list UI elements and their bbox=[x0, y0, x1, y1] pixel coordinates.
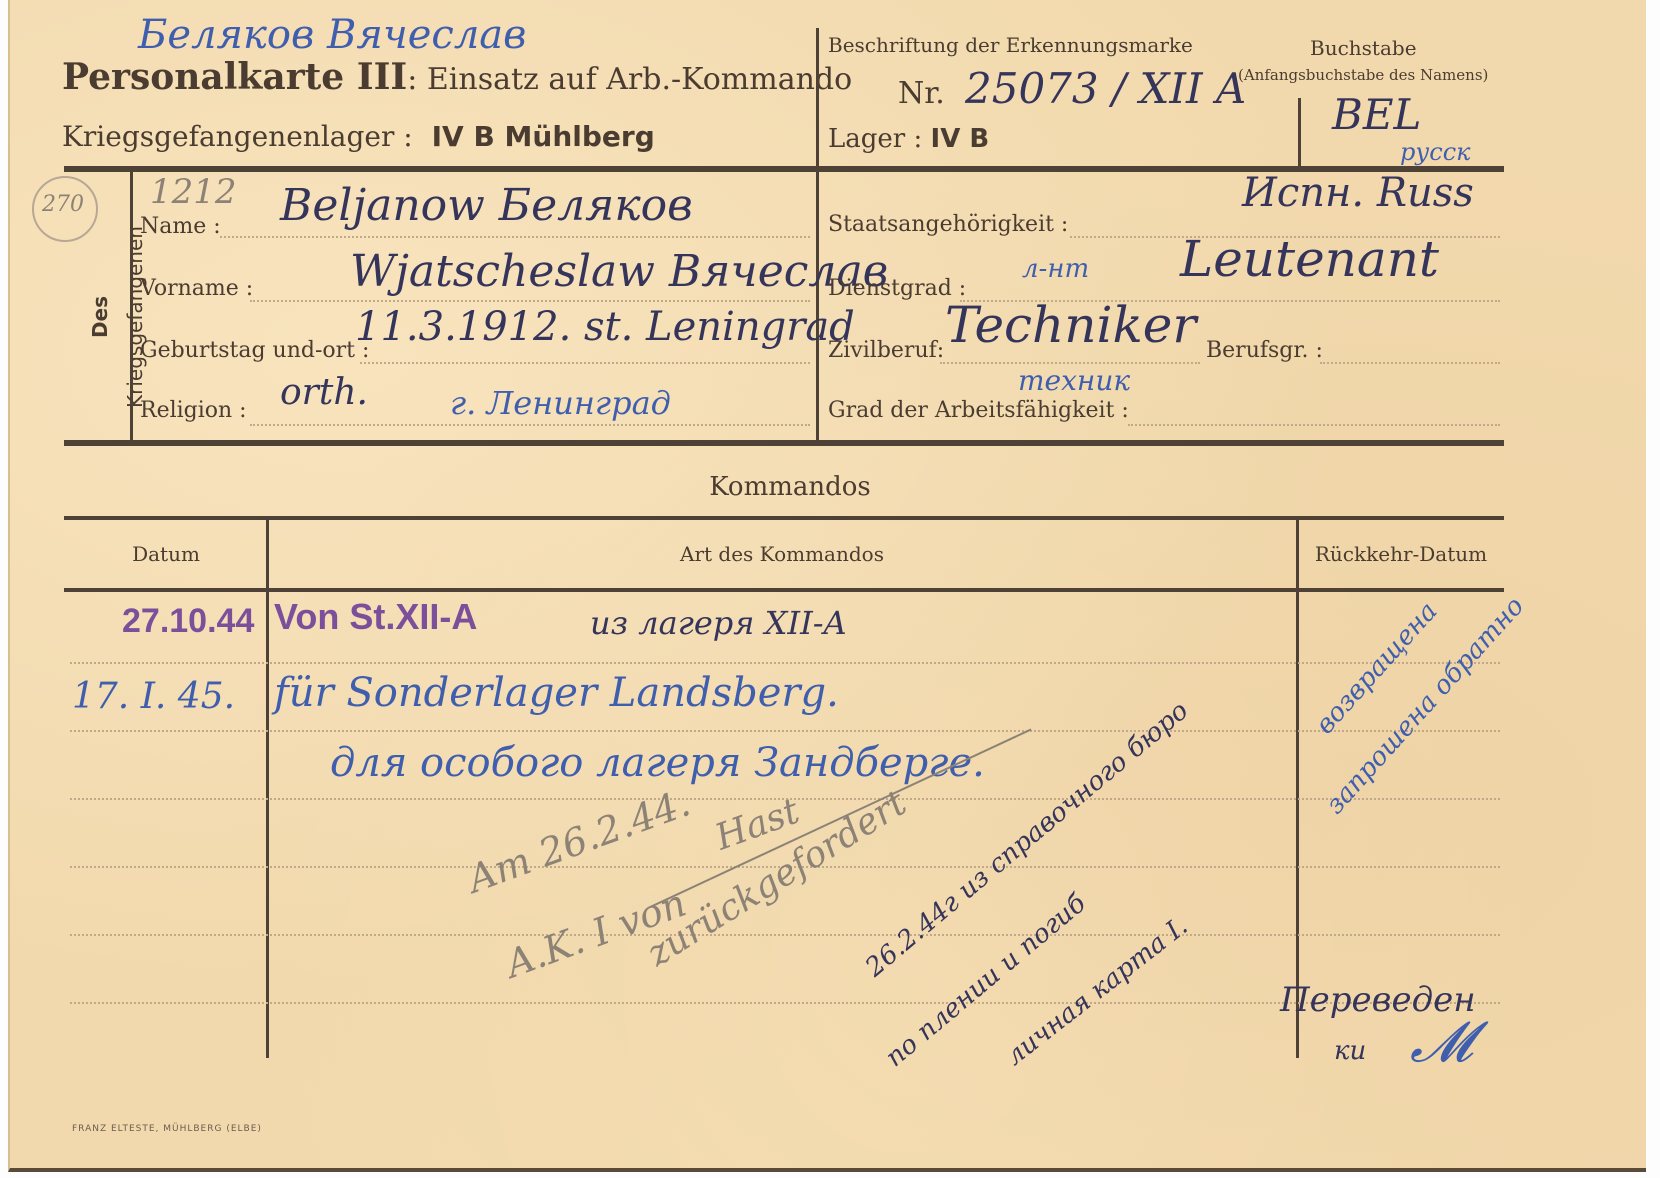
birth-line bbox=[360, 362, 810, 364]
name-value: Beljanow Беляков bbox=[280, 180, 693, 231]
vorname-label: Vorname : bbox=[140, 276, 253, 301]
row2-note: для особого лагеря Зандберге. bbox=[330, 740, 985, 786]
col-divider-1 bbox=[266, 518, 269, 1058]
letter-value: BEL bbox=[1332, 90, 1421, 139]
signature-scribble: 𝓜 bbox=[1410, 1010, 1473, 1076]
col-divider-2 bbox=[1296, 518, 1299, 1058]
letter-value-note: русск bbox=[1400, 138, 1471, 166]
personnel-card: Беляков Вячеслав Personalkarte III: Eins… bbox=[8, 0, 1646, 1172]
name-label: Name : bbox=[140, 214, 221, 239]
printer-imprint: FRANZ ELTESTE, MÜHLBERG (ELBE) bbox=[72, 1124, 262, 1134]
row-line bbox=[70, 934, 1500, 936]
camp-value: IV B Mühlberg bbox=[432, 120, 655, 153]
side-label-des: Des bbox=[88, 217, 112, 417]
row1-date-stamp: 27.10.44 bbox=[122, 602, 254, 641]
signature-2: ки bbox=[1334, 1036, 1366, 1066]
col-header-art: Art des Kommandos bbox=[268, 542, 1296, 566]
religion-value: orth. bbox=[280, 372, 368, 413]
pencil-number: 1212 bbox=[150, 172, 237, 212]
col-header-rueckkehr: Rückkehr-Datum bbox=[1298, 542, 1504, 566]
profession-value: Techniker bbox=[945, 296, 1196, 354]
vorname-line bbox=[250, 300, 810, 302]
fitness-label: Grad der Arbeitsfähigkeit : bbox=[828, 398, 1129, 423]
fitness-line bbox=[1128, 424, 1500, 426]
row1-note: из лагеря XII-A bbox=[590, 604, 847, 642]
row2-date: 17. I. 45. bbox=[72, 676, 235, 717]
col-header-datum: Datum bbox=[66, 542, 266, 566]
side-divider bbox=[130, 172, 133, 442]
profession-group-line bbox=[1320, 362, 1500, 364]
lager-label: Lager : bbox=[828, 124, 922, 154]
tag-nr-value: 25073 / XII A bbox=[965, 64, 1246, 113]
letter-subheading: (Anfangsbuchstabe des Namens) bbox=[1238, 66, 1488, 84]
row-line bbox=[70, 730, 1500, 732]
letter-heading: Buchstabe bbox=[1310, 36, 1417, 60]
letter-divider bbox=[1298, 98, 1301, 166]
lager-line: Lager : IV B bbox=[828, 124, 989, 154]
row1-entry-stamp: Von St.XII-A bbox=[274, 596, 477, 638]
profession-label: Zivilberuf: bbox=[828, 338, 944, 363]
nationality-label: Staatsangehörigkeit : bbox=[828, 212, 1068, 237]
name-line bbox=[220, 236, 810, 238]
handwritten-name-header: Беляков Вячеслав bbox=[138, 12, 526, 58]
camp-label: Kriegsgefangenenlager : bbox=[62, 120, 413, 153]
row2-entry: für Sonderlager Landsberg. bbox=[274, 670, 839, 716]
kommandos-top-rule bbox=[64, 516, 1504, 520]
side-label: Des Kriegsgefangenen bbox=[50, 210, 150, 430]
religion-label: Religion : bbox=[140, 398, 247, 423]
tag-heading: Beschriftung der Erkennungsmarke bbox=[828, 33, 1193, 57]
card-title-main: Personalkarte III bbox=[62, 56, 407, 98]
kommandos-title: Kommandos bbox=[10, 472, 1570, 502]
camp-line: Kriegsgefangenenlager : IV B Mühlberg bbox=[62, 120, 655, 153]
birth-value: 11.3.1912. st. Leningrad bbox=[355, 304, 855, 350]
tag-nr-label: Nr. bbox=[898, 76, 945, 111]
prisoner-section-rule bbox=[64, 440, 1504, 446]
vorname-value: Wjatscheslaw Вячеслав bbox=[350, 246, 888, 297]
rank-value: Leutenant bbox=[1180, 230, 1439, 288]
header-divider bbox=[816, 28, 819, 170]
kommandos-header-rule bbox=[64, 588, 1504, 592]
profession-group-label: Berufsgr. : bbox=[1206, 338, 1323, 363]
birth-label: Geburtstag und-ort : bbox=[140, 338, 369, 363]
religion-line bbox=[250, 424, 810, 426]
side-label-kriegsgefangenen: Kriegsgefangenen bbox=[123, 207, 147, 427]
row-line bbox=[70, 662, 1500, 664]
card-title: Personalkarte III: Einsatz auf Arb.-Komm… bbox=[62, 56, 852, 98]
profession-note: техник bbox=[1018, 364, 1130, 397]
lager-value: IV B bbox=[931, 124, 990, 154]
nationality-value: Испн. Russ bbox=[1242, 170, 1474, 216]
card-title-suffix: : Einsatz auf Arb.-Kommando bbox=[407, 62, 852, 97]
rank-note: л-нт bbox=[1022, 254, 1089, 284]
religion-note: г. Ленинград bbox=[450, 384, 671, 422]
